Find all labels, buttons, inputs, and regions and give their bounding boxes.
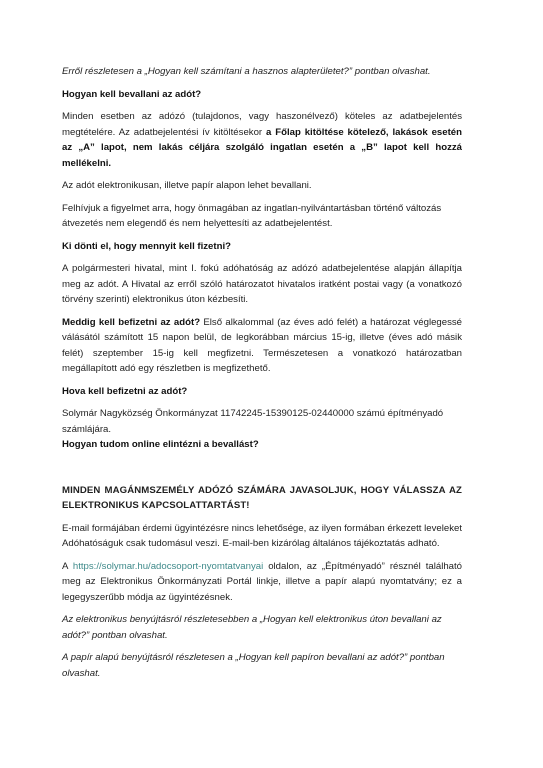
intro-note: Erről részletesen a „Hogyan kell számíta… (62, 64, 462, 80)
document-page: Erről részletesen a „Hogyan kell számíta… (62, 64, 462, 688)
declare-paragraph-2: Az adót elektronikusan, illetve papír al… (62, 178, 462, 194)
forms-link-paragraph: A https://solymar.hu/adocsoport-nyomtatv… (62, 559, 462, 606)
electronic-submission-note: Az elektronikus benyújtásról részleteseb… (62, 612, 462, 643)
link-prefix: A (62, 561, 73, 572)
paper-submission-note: A papír alapú benyújtásról részletesen a… (62, 650, 462, 681)
heading-who-decides: Ki dönti el, hogy mennyit kell fizetni? (62, 239, 462, 255)
deadline-paragraph: Meddig kell befizetni az adót? Első alka… (62, 315, 462, 377)
heading-online: Hogyan tudom online elintézni a bevallás… (62, 437, 462, 453)
bank-account-paragraph: Solymár Nagyközség Önkormányzat 11742245… (62, 406, 462, 437)
heading-how-to-declare: Hogyan kell bevallani az adót? (62, 87, 462, 103)
heading-deadline: Meddig kell befizetni az adót? (62, 317, 200, 328)
forms-page-link[interactable]: https://solymar.hu/adocsoport-nyomtatvan… (73, 561, 263, 572)
declare-paragraph-3: Felhívjuk a figyelmet arra, hogy önmagáb… (62, 201, 462, 232)
email-paragraph: E-mail formájában érdemi ügyintézésre ni… (62, 521, 462, 552)
decide-paragraph: A polgármesteri hivatal, mint I. fokú ad… (62, 261, 462, 308)
declare-paragraph-1: Minden esetben az adózó (tulajdonos, vag… (62, 109, 462, 171)
heading-where-to-pay: Hova kell befizetni az adót? (62, 384, 462, 400)
electronic-contact-callout: MINDEN MAGÁNMSZEMÉLY ADÓZÓ SZÁMÁRA JAVAS… (62, 483, 462, 514)
